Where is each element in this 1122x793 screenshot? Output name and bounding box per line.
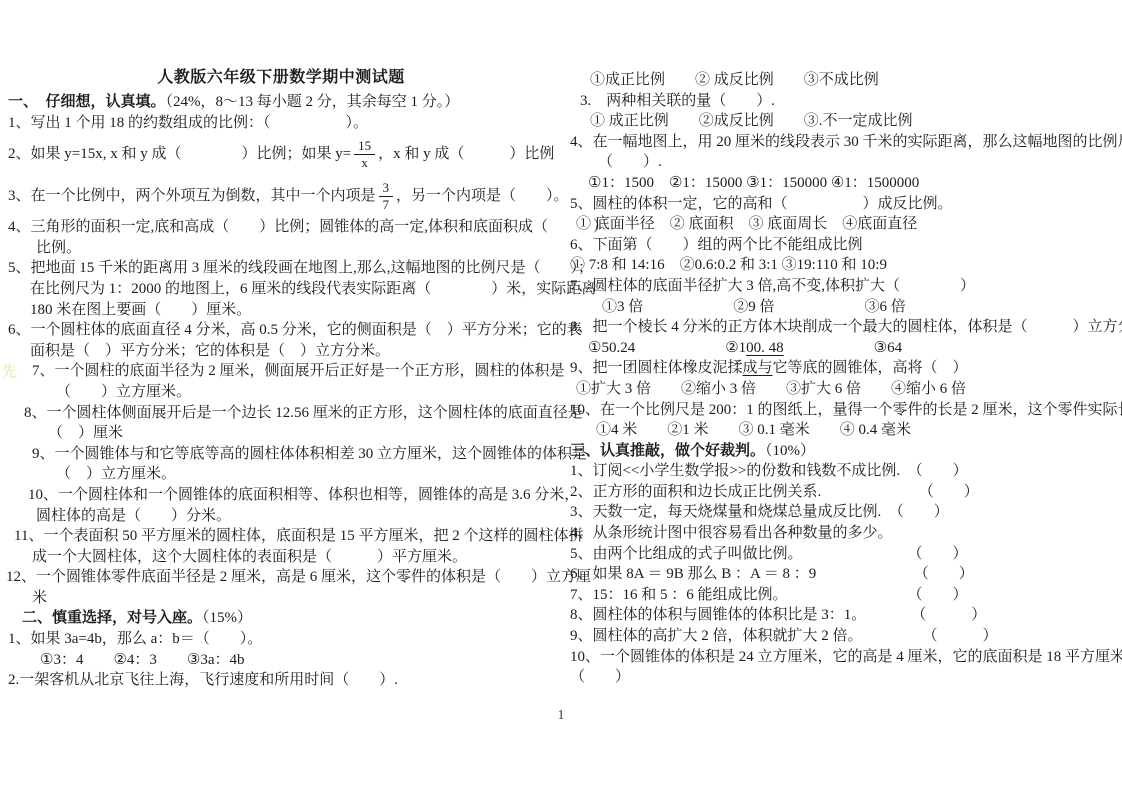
text-line: 1、订阅<<小学生数学报>>的份数和钱数不成比例. （ ） xyxy=(568,461,1122,482)
fraction: 37 xyxy=(379,181,394,211)
text-line: 8、一个圆柱体侧面展开后是一个边长 12.56 厘米的正方形，这个圆柱体的底面直… xyxy=(6,403,558,424)
text-line: 圆柱体的高是（ ）分米。 xyxy=(6,506,558,527)
question-text: 成一个大圆柱体，这个大圆柱体的表面积是（ ）平方厘米。 xyxy=(32,549,467,565)
question-text: 9、一个圆锥体与和它等底等高的圆柱体体积相差 30 立方厘米，这个圆锥体的体积是 xyxy=(32,446,587,462)
text-line: 6、一个圆柱体的底面直径 4 分米，高 0.5 分米，它的侧面积是（ ）平方分米… xyxy=(6,320,558,341)
question-text: 3、在一个比例中，两个外项互为倒数，其中一个内项是 xyxy=(8,175,376,217)
text-line: 4、从条形统计图中很容易看出各种数量的多少。 xyxy=(568,523,1122,544)
text-line: 5、由两个比组成的式子叫做比例。 （ ） xyxy=(568,544,1122,565)
question-text: （ ）立方厘米。 xyxy=(56,466,176,482)
text-line: 9、圆柱体的高扩大 2 倍，体积就扩大 2 倍。 （ ） xyxy=(568,626,1122,647)
text-line: （ ）立方厘米。 xyxy=(6,382,558,403)
text-line: 8、圆柱体的体积与圆锥体的体积比是 3：1。 （ ） xyxy=(568,605,1122,626)
test-paper-page: 人教版六年级下册数学期中测试题 一、 仔细想，认真填。（24%，8～13 每小题… xyxy=(0,0,1122,793)
question-text: 8、一个圆柱体侧面展开后是一个边长 12.56 厘米的正方形，这个圆柱体的底面直… xyxy=(24,405,583,421)
text-line: 180 米在图上要画（ ）厘米。 xyxy=(6,300,558,321)
question-text: ① 7:8 和 14:16 ②0.6:0.2 和 3:1 ③19:110 和 1… xyxy=(570,257,887,273)
text-line: 2.一架客机从北京飞往上海，飞行速度和所用时间（ ）. xyxy=(6,670,558,691)
question-text: ①4 米 ②1 米 ③ 0.1 毫米 ④ 0.4 毫米 xyxy=(596,422,911,438)
question-text: （ ）厘米 xyxy=(48,425,123,441)
text-line: 3、天数一定，每天烧煤量和烧煤总量成反比例. （ ） xyxy=(568,502,1122,523)
text-line: （ ） xyxy=(568,667,1122,688)
text-line: 10、一个圆锥体的体积是 24 立方厘米，它的高是 4 厘米，它的底面积是 18… xyxy=(568,647,1122,668)
text-line: 7、15：16 和 5 ：6 能组成比例。 （ ） xyxy=(568,585,1122,606)
question-text: 3. 两种相关联的量（ ）. xyxy=(580,93,775,109)
question-text: （10%） xyxy=(765,443,815,459)
question-text: 4、从条形统计图中很容易看出各种数量的多少。 xyxy=(570,525,893,541)
question-text: ③64 xyxy=(784,340,902,356)
section-heading-text: 三、认真推敲，做个好裁判。 xyxy=(570,443,765,459)
text-line: ① 底面半径 ② 底面积 ③ 底面周长 ④底面直径 xyxy=(568,214,1122,235)
question-text: ①50.24 ②1 xyxy=(588,340,746,356)
text-line: 二、慎重选择，对号入座。（15%） xyxy=(6,608,558,629)
text-line: （ ）厘米 xyxy=(6,423,558,444)
question-text: ①1：1500 ②1：15000 ③1：150000 ④1：1500000 xyxy=(588,175,919,191)
question-text: 10、一个圆锥体的体积是 24 立方厘米，它的高是 4 厘米，它的底面积是 18… xyxy=(570,649,1122,665)
question-text: 6、如果 8A ＝ 9B 那么 B ：A ＝ 8 ：9 （ ） xyxy=(570,566,974,582)
question-text: ①扩大 3 倍 ②缩小 3 倍 ③扩大 6 倍 ④缩小 6 倍 xyxy=(576,381,966,397)
text-line: ①3：4 ②4：3 ③3a：4b xyxy=(6,650,558,671)
page-title: 人教版六年级下册数学期中测试题 xyxy=(0,64,562,87)
question-text: 6、下面第（ ）组的两个比不能组成比例 xyxy=(570,237,863,253)
text-line: ①3 倍 ②9 倍 ③6 倍 xyxy=(568,297,1122,318)
fraction: 15x xyxy=(354,139,375,169)
question-text: 成与 xyxy=(743,360,773,376)
question-text: 4、三角形的面积一定,底和高成（ ）比例；圆锥体的高一定,体积和底面积成（ ） xyxy=(8,219,608,235)
text-line: 面积是（ ）平方分米；它的体积是（ ）立方分米。 xyxy=(6,341,558,362)
question-text: 5、由两个比组成的式子叫做比例。 （ ） xyxy=(570,546,968,562)
question-text: 面积是（ ）平方分米；它的体积是（ ）立方分米。 xyxy=(30,343,390,359)
question-text: 9、把一团圆柱体橡皮泥揉 xyxy=(570,360,743,376)
question-text: 12、一个圆锥体零件底面半径是 2 厘米，高是 6 厘米，这个零件的体积是（ ）… xyxy=(6,569,591,585)
question-text: 9、圆柱体的高扩大 2 倍，体积就扩大 2 倍。 （ ） xyxy=(570,628,998,644)
question-text: ① 成正比例 ②成反比例 ③.不一定成比例 xyxy=(590,113,913,129)
text-line: 3、在一个比例中，两个外项互为倒数，其中一个内项是37，另一个内项是（ ）。 xyxy=(6,175,558,217)
question-text: （ ） xyxy=(570,669,630,685)
smudge-artifact: 先 xyxy=(2,362,20,382)
text-line: （ ）立方厘米。 xyxy=(6,464,558,485)
text-line: 6、如果 8A ＝ 9B 那么 B ：A ＝ 8 ：9 （ ） xyxy=(568,564,1122,585)
question-text: （ ）. xyxy=(598,154,662,170)
text-line: 4、在一幅地图上，用 20 厘米的线段表示 30 千米的实际距离，那么这幅地图的… xyxy=(568,132,1122,153)
question-text: 2.一架客机从北京飞往上海，飞行速度和所用时间（ ）. xyxy=(8,672,398,688)
text-line: 米 xyxy=(6,588,558,609)
question-text: 1、如果 3a=4b，那么 a：b＝（ ）。 xyxy=(8,631,262,647)
question-text: ①3：4 ②4：3 ③3a：4b xyxy=(40,652,245,668)
question-text: （24%，8～13 每小题 2 分，其余每空 1 分。） xyxy=(166,94,460,110)
text-line: 9、把一团圆柱体橡皮泥揉成与它等底的圆锥体，高将（ ） xyxy=(568,358,1122,379)
question-text: 8、圆柱体的体积与圆锥体的体积比是 3：1。 （ ） xyxy=(570,607,986,623)
question-text: 5、圆柱的体积一定，它的高和（ ）成反比例。 xyxy=(570,196,953,212)
text-line: 比例。 xyxy=(6,238,558,259)
question-text: ，另一个内项是（ ）。 xyxy=(396,175,569,217)
question-text: 米 xyxy=(32,590,47,606)
text-line: 10、一个圆柱体和一个圆锥体的底面积相等、体积也相等，圆锥体的高是 3.6 分米… xyxy=(6,485,558,506)
question-text: 6、一个圆柱体的底面直径 4 分米，高 0.5 分米，它的侧面积是（ ）平方分米… xyxy=(8,322,582,338)
question-text: 2、正方形的面积和边长成正比例关系. （ ） xyxy=(570,484,979,500)
text-line: 5、圆柱的体积一定，它的高和（ ）成反比例。 xyxy=(568,194,1122,215)
question-text: （15%） xyxy=(202,610,252,626)
question-text: 180 米在图上要画（ ）厘米。 xyxy=(30,302,251,318)
text-line: 6、下面第（ ）组的两个比不能组成比例 xyxy=(568,235,1122,256)
text-line: 成一个大圆柱体，这个大圆柱体的表面积是（ ）平方厘米。 xyxy=(6,547,558,568)
question-text: （ ）立方厘米。 xyxy=(56,384,191,400)
question-text: 10、一个圆柱体和一个圆锥体的底面积相等、体积也相等，圆锥体的高是 3.6 分米… xyxy=(28,487,579,503)
text-line: ①成正比例 ② 成反比例 ③不成比例 xyxy=(568,70,1122,91)
text-line: ①50.24 ②100. 48 ③64 xyxy=(568,338,1122,359)
text-line: ①1：1500 ②1：15000 ③1：150000 ④1：1500000 xyxy=(568,173,1122,194)
text-line: 2、如果 y=15x, x 和 y 成（ ）比例；如果 y=15x，x 和 y … xyxy=(6,133,558,175)
question-text: 1、订阅<<小学生数学报>>的份数和钱数不成比例. （ ） xyxy=(570,463,968,479)
question-text: ①3 倍 ②9 倍 ③6 倍 xyxy=(602,299,906,315)
text-line: 5、把地面 15 千米的距离用 3 厘米的线段画在地图上,那么,这幅地图的比例尺… xyxy=(6,258,558,279)
question-text: 它等底的圆锥体，高将（ ） xyxy=(773,360,968,376)
question-text: 7、15：16 和 5 ：6 能组成比例。 （ ） xyxy=(570,587,968,603)
question-text: 5、把地面 15 千米的距离用 3 厘米的线段画在地图上,那么,这幅地图的比例尺… xyxy=(8,260,593,276)
left-column: 一、 仔细想，认真填。（24%，8～13 每小题 2 分，其余每空 1 分。）1… xyxy=(6,92,558,691)
text-line: 3. 两种相关联的量（ ）. xyxy=(568,91,1122,112)
text-line: 9、一个圆锥体与和它等底等高的圆柱体体积相差 30 立方厘米，这个圆锥体的体积是 xyxy=(6,444,558,465)
question-text: 2、如果 y=15x, x 和 y 成（ ）比例；如果 y= xyxy=(8,133,351,175)
page-number: 1 xyxy=(0,708,1122,724)
text-line: 1、如果 3a=4b，那么 a：b＝（ ）。 xyxy=(6,629,558,650)
question-text: 圆柱体的高是（ ）分米。 xyxy=(36,508,231,524)
text-line: 10、在一个比例尺是 200：1 的图纸上，量得一个零件的长是 2 厘米，这个零… xyxy=(568,400,1122,421)
question-text: 比例。 xyxy=(36,240,81,256)
text-line: 三、认真推敲，做个好裁判。（10%） xyxy=(568,441,1122,462)
text-line: ①4 米 ②1 米 ③ 0.1 毫米 ④ 0.4 毫米 xyxy=(568,420,1122,441)
text-line: 7、圆柱体的底面半径扩大 3 倍,高不变,体积扩大（ ） xyxy=(568,276,1122,297)
text-line: 12、一个圆锥体零件底面半径是 2 厘米，高是 6 厘米，这个零件的体积是（ ）… xyxy=(6,567,558,588)
question-text: ① 底面半径 ② 底面积 ③ 底面周长 ④底面直径 xyxy=(576,216,917,232)
question-text: 8、把一个棱长 4 分米的正方体木块削成一个最大的圆柱体，体积是（ ）立方分米。 xyxy=(570,319,1122,335)
text-line: 11、一个表面积 50 平方厘米的圆柱体，底面积是 15 平方厘米，把 2 个这… xyxy=(6,526,558,547)
question-text: 在比例尺为 1：2000 的地图上，6 厘米的线段代表实际距离（ ）米，实际距离 xyxy=(30,281,596,297)
question-text: 4、在一幅地图上，用 20 厘米的线段表示 30 千米的实际距离，那么这幅地图的… xyxy=(570,134,1122,150)
question-text: 11、一个表面积 50 平方厘米的圆柱体，底面积是 15 平方厘米，把 2 个这… xyxy=(14,528,583,544)
question-text: 1、写出 1 个用 18 的约数组成的比例：（ ）。 xyxy=(8,115,368,131)
question-text: 3、天数一定，每天烧煤量和烧煤总量成反比例. （ ） xyxy=(570,504,949,520)
text-line: 一、 仔细想，认真填。（24%，8～13 每小题 2 分，其余每空 1 分。） xyxy=(6,92,558,113)
right-column: ①成正比例 ② 成反比例 ③不成比例3. 两种相关联的量（ ）.① 成正比例 ②… xyxy=(568,70,1122,688)
question-text: 7、圆柱体的底面半径扩大 3 倍,高不变,体积扩大（ ） xyxy=(570,278,975,294)
section-heading-text: 二、慎重选择，对号入座。 xyxy=(22,610,202,626)
text-line: ① 成正比例 ②成反比例 ③.不一定成比例 xyxy=(568,111,1122,132)
question-text: ①成正比例 ② 成反比例 ③不成比例 xyxy=(590,72,879,88)
text-line: ①扩大 3 倍 ②缩小 3 倍 ③扩大 6 倍 ④缩小 6 倍 xyxy=(568,379,1122,400)
question-text: ，x 和 y 成（ ）比例 xyxy=(378,133,554,175)
question-text: 00. 48 xyxy=(746,340,784,356)
question-text: 10、在一个比例尺是 200：1 的图纸上，量得一个零件的长是 2 厘米，这个零… xyxy=(570,402,1122,418)
text-line: 8、把一个棱长 4 分米的正方体木块削成一个最大的圆柱体，体积是（ ）立方分米。 xyxy=(568,317,1122,338)
text-line: 7、一个圆柱的底面半径为 2 厘米，侧面展开后正好是一个正方形，圆柱的体积是 xyxy=(6,361,558,382)
text-line: 2、正方形的面积和边长成正比例关系. （ ） xyxy=(568,482,1122,503)
text-line: 1、写出 1 个用 18 的约数组成的比例：（ ）。 xyxy=(6,113,558,134)
text-line: 在比例尺为 1：2000 的地图上，6 厘米的线段代表实际距离（ ）米，实际距离 xyxy=(6,279,558,300)
text-line: ① 7:8 和 14:16 ②0.6:0.2 和 3:1 ③19:110 和 1… xyxy=(568,255,1122,276)
section-heading-text: 一、 仔细想，认真填。 xyxy=(8,94,166,110)
question-text: 7、一个圆柱的底面半径为 2 厘米，侧面展开后正好是一个正方形，圆柱的体积是 xyxy=(32,363,565,379)
text-line: 4、三角形的面积一定,底和高成（ ）比例；圆锥体的高一定,体积和底面积成（ ） xyxy=(6,217,558,238)
text-line: （ ）. xyxy=(568,152,1122,173)
